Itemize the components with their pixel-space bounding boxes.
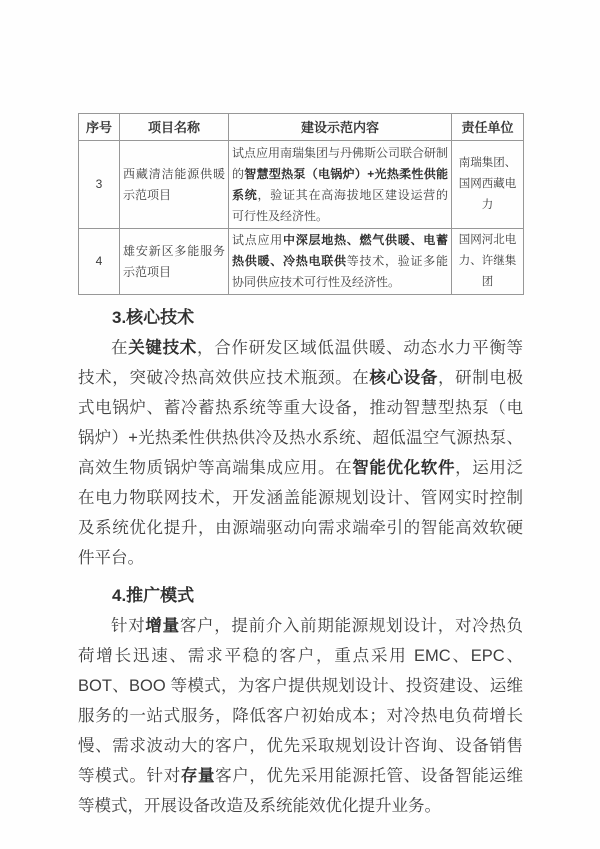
document-page: 序号 项目名称 建设示范内容 责任单位 3 西藏清洁能源供暖示范项目 试点应用南… [0, 0, 600, 849]
section-heading-core-tech: 3.核心技术 [78, 303, 523, 333]
column-header-no: 序号 [79, 114, 120, 141]
cell-demo-content: 试点应用南瑞集团与丹佛斯公司联合研制的智慧型热泵（电锅炉）+光热柔性供能系统，验… [229, 141, 452, 229]
section-heading-promotion-mode: 4.推广模式 [78, 581, 523, 611]
paragraph-promotion-mode: 针对增量客户，提前介入前期能源规划设计，对冷热负荷增长迅速、需求平稳的客户，重点… [78, 611, 523, 821]
table-header-row: 序号 项目名称 建设示范内容 责任单位 [79, 114, 524, 141]
cell-row-no: 4 [79, 229, 120, 295]
cell-demo-content: 试点应用中深层地热、燃气供暖、电蓄热供暖、冷热电联供等技术，验证多能协同供应技术… [229, 229, 452, 295]
column-header-unit: 责任单位 [452, 114, 524, 141]
cell-project-name: 西藏清洁能源供暖示范项目 [120, 141, 229, 229]
cell-responsible-unit: 国网河北电力、许继集团 [452, 229, 524, 295]
column-header-name: 项目名称 [120, 114, 229, 141]
table-row: 4 雄安新区多能服务示范项目 试点应用中深层地热、燃气供暖、电蓄热供暖、冷热电联… [79, 229, 524, 295]
cell-row-no: 3 [79, 141, 120, 229]
document-content: 序号 项目名称 建设示范内容 责任单位 3 西藏清洁能源供暖示范项目 试点应用南… [78, 113, 523, 821]
paragraph-core-tech: 在关键技术，合作研发区域低温供暖、动态水力平衡等技术，突破冷热高效供应技术瓶颈。… [78, 333, 523, 573]
table-row: 3 西藏清洁能源供暖示范项目 试点应用南瑞集团与丹佛斯公司联合研制的智慧型热泵（… [79, 141, 524, 229]
cell-responsible-unit: 南瑞集团、国网西藏电力 [452, 141, 524, 229]
column-header-content: 建设示范内容 [229, 114, 452, 141]
demo-projects-table: 序号 项目名称 建设示范内容 责任单位 3 西藏清洁能源供暖示范项目 试点应用南… [78, 113, 524, 295]
cell-project-name: 雄安新区多能服务示范项目 [120, 229, 229, 295]
